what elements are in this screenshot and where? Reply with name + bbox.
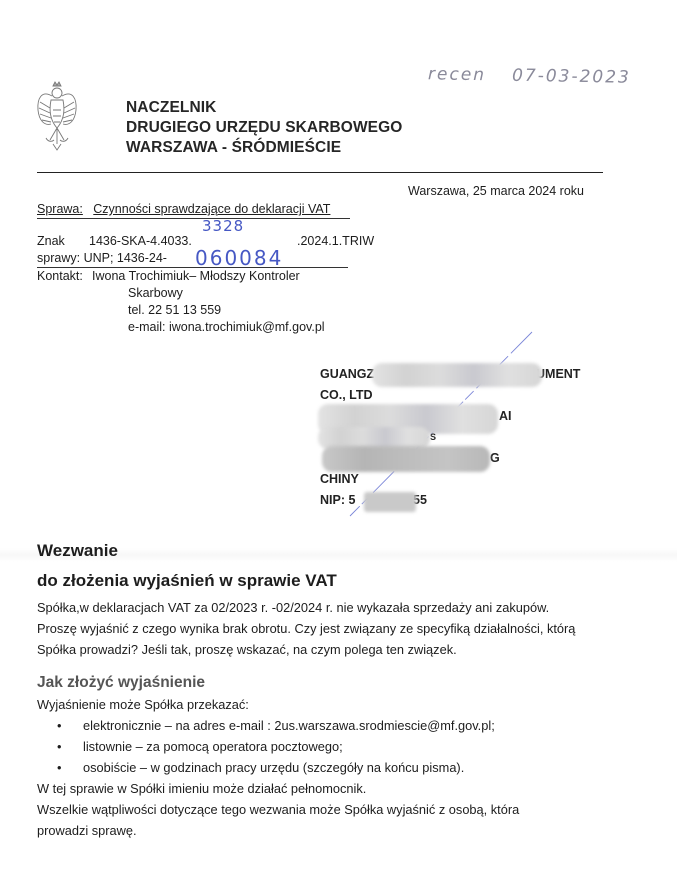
znak-suffix: .2024.1.TRIW: [297, 233, 374, 250]
place-date: Warszawa, 25 marca 2024 roku: [408, 184, 584, 198]
header-line: NACZELNIK: [126, 98, 402, 118]
option-electronic: elektronicznie – na adres e-mail : 2us.w…: [83, 718, 495, 733]
sprawy-label: sprawy:: [37, 251, 80, 265]
sprawa-value: Czynności sprawdzające do deklaracji VAT: [93, 202, 330, 216]
document-title: Wezwanie: [37, 541, 118, 561]
handwritten-unp-number: 060084: [195, 246, 283, 270]
redaction-blur: [322, 446, 490, 472]
submission-options-list: •elektronicznie – na adres e-mail : 2us.…: [37, 715, 657, 778]
recipient-line5-end: G: [490, 448, 500, 469]
list-item: •osobiście – w godzinach pracy urzędu (s…: [37, 757, 657, 778]
header-divider: [37, 172, 603, 173]
document-subtitle: do złożenia wyjaśnień w sprawie VAT: [37, 571, 337, 591]
option-in-person: osobiście – w godzinach pracy urzędu (sz…: [83, 760, 464, 775]
bullet-icon: •: [57, 757, 61, 778]
handwritten-received-note: recen07-03-2023: [428, 64, 631, 88]
case-number-row-2: sprawy: UNP; 1436-24-: [37, 250, 348, 268]
znak-label: Znak: [37, 234, 65, 248]
received-word: recen: [428, 64, 486, 85]
recipient-country: CHINY: [320, 469, 600, 490]
redaction-blur: [364, 492, 416, 512]
paragraph-line: Spółka,w deklaracjach VAT za 02/2023 r. …: [37, 597, 657, 618]
unp-value: UNP; 1436-24-: [84, 251, 167, 265]
bullet-icon: •: [57, 715, 61, 736]
paragraph-line: Proszę wyjaśnić z czego wynika brak obro…: [37, 618, 657, 639]
doubts-note-cont: prowadzi sprawę.: [37, 820, 657, 841]
recipient-address: GUANGZ UMENT CO., LTD AI S G CHINY NIP: …: [320, 364, 600, 511]
how-to-intro: Wyjaśnienie może Spółka przekazać:: [37, 694, 657, 715]
list-item: •elektronicznie – na adres e-mail : 2us.…: [37, 715, 657, 736]
contact-phone: tel. 22 51 13 559: [92, 302, 382, 319]
recipient-line3-end: AI: [499, 406, 512, 427]
how-to-section: Wyjaśnienie może Spółka przekazać: •elek…: [37, 694, 657, 841]
polish-eagle-emblem-icon: [36, 80, 78, 156]
section-heading-how-to: Jak złożyć wyjaśnienie: [37, 674, 205, 692]
list-item: •listownie – za pomocą operatora pocztow…: [37, 736, 657, 757]
proxy-note: W tej sprawie w Spółki imieniu może dzia…: [37, 778, 657, 799]
recipient-line1-start: GUANGZ: [320, 367, 374, 381]
contact-name-cont: Skarbowy: [92, 285, 382, 302]
header-line: WARSZAWA - ŚRÓDMIEŚCIE: [126, 138, 402, 158]
kontakt-label: Kontakt:: [37, 268, 83, 285]
case-subject: Sprawa: Czynności sprawdzające do deklar…: [37, 201, 350, 219]
handwritten-case-number: 3328: [202, 217, 244, 235]
contact-name: Iwona Trochimiuk– Młodszy Kontroler: [92, 268, 382, 285]
header-line: DRUGIEGO URZĘDU SKARBOWEGO: [126, 118, 402, 138]
recipient-line2: CO., LTD: [320, 385, 600, 406]
received-date: 07-03-2023: [512, 66, 631, 88]
bullet-icon: •: [57, 736, 61, 757]
znak-value: 1436-SKA-4.4033.: [89, 233, 192, 250]
option-post: listownie – za pomocą operatora pocztowe…: [83, 739, 343, 754]
case-number-row-1: Znak 1436-SKA-4.4033. .2024.1.TRIW: [37, 233, 65, 250]
issuer-header: NACZELNIK DRUGIEGO URZĘDU SKARBOWEGO WAR…: [126, 98, 402, 158]
redaction-blur: [372, 363, 542, 387]
sprawa-label: Sprawa:: [37, 202, 83, 216]
paragraph-request: Spółka,w deklaracjach VAT za 02/2023 r. …: [37, 597, 657, 660]
doubts-note: Wszelkie wątpliwości dotyczące tego wezw…: [37, 799, 657, 820]
recipient-line4-end: S: [430, 427, 436, 448]
recipient-nip-start: NIP: 5: [320, 493, 355, 507]
recipient-line1-end: UMENT: [536, 364, 580, 385]
paragraph-line: Spółka prowadzi? Jeśli tak, proszę wskaz…: [37, 639, 657, 660]
